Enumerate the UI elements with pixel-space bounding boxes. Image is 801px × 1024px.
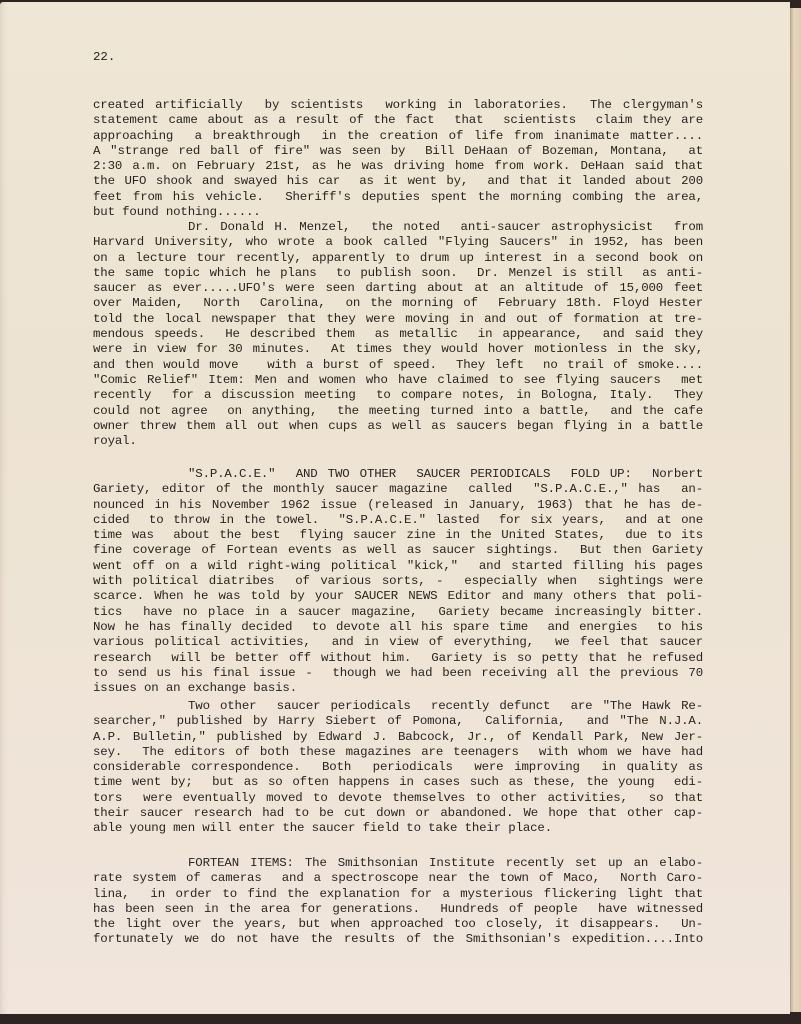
- paragraph-two-other-periodicals: Two other saucer periodicals recently de…: [93, 699, 703, 837]
- paragraph-space-folds: "S.P.A.C.E." AND TWO OTHER SAUCER PERIOD…: [93, 467, 703, 696]
- text-line: considerable correspondence. Both period…: [93, 760, 703, 775]
- text-line: A "strange red ball of fire" was seen by…: [93, 144, 703, 159]
- text-line: rate system of cameras and a spectroscop…: [93, 871, 703, 886]
- text-line: with political diatribes of various sort…: [93, 574, 703, 589]
- text-line: searcher," published by Harry Siebert of…: [93, 714, 703, 729]
- page-number: 22.: [93, 50, 115, 64]
- text-line: were in view for 30 minutes. At times th…: [93, 342, 703, 357]
- text-line: A.P. Bulletin," published by Edward J. B…: [93, 730, 703, 745]
- section-heading-line: FORTEAN ITEMS: The Smithsonian Institute…: [93, 856, 703, 871]
- text-line: could not agree on anything, the meeting…: [93, 404, 703, 419]
- text-line: tors were eventually moved to devote the…: [93, 791, 703, 806]
- text-line: told the local newspaper that they were …: [93, 312, 703, 327]
- text-line: nounced in his November 1962 issue (rele…: [93, 498, 703, 513]
- text-line: lina, in order to find the explanation f…: [93, 887, 703, 902]
- text-line: on a lecture tour recently, apparently t…: [93, 251, 703, 266]
- scanned-page-view: 22. created artificially by scientists w…: [0, 0, 801, 1024]
- text-line: to send us his final issue - though we h…: [93, 666, 703, 681]
- text-line: research will be better off without him.…: [93, 651, 703, 666]
- text-line: issues on an exchange basis.: [93, 681, 703, 696]
- text-line: various political activities, and in vie…: [93, 635, 703, 650]
- text-line: and then would move with a burst of spee…: [93, 358, 703, 373]
- text-line: the UFO shook and swayed his car as it w…: [93, 174, 703, 189]
- text-line: statement came about as a result of the …: [93, 113, 703, 128]
- text-line: cided to throw in the towel. "S.P.A.C.E.…: [93, 513, 703, 528]
- text-line: Gariety, editor of the monthly saucer ma…: [93, 482, 703, 497]
- paragraph-menzel: Dr. Donald H. Menzel, the noted anti-sau…: [93, 220, 703, 449]
- text-line: feet from his vehicle. Sheriff's deputie…: [93, 190, 703, 205]
- text-line: Two other saucer periodicals recently de…: [93, 699, 703, 714]
- text-line: sey. The editors of both these magazines…: [93, 745, 703, 760]
- text-line: has been seen in the area for generation…: [93, 902, 703, 917]
- text-line: saucer as ever.....UFO's were seen darti…: [93, 281, 703, 296]
- text-line: time was about the best flying saucer zi…: [93, 528, 703, 543]
- text-line: 2:30 a.m. on February 21st, as he was dr…: [93, 159, 703, 174]
- text-line: created artificially by scientists worki…: [93, 98, 703, 113]
- text-line: mendous speeds. He described them as met…: [93, 327, 703, 342]
- page-stack-edge: [790, 8, 801, 1012]
- text-line: approaching a breakthrough in the creati…: [93, 129, 703, 144]
- paragraph-continuation: created artificially by scientists worki…: [93, 98, 703, 220]
- document-page: 22. created artificially by scientists w…: [0, 2, 790, 1014]
- text-line: able young men will enter the saucer fie…: [93, 821, 703, 836]
- text-line: "Comic Relief" Item: Men and women who h…: [93, 373, 703, 388]
- section-heading-line: "S.P.A.C.E." AND TWO OTHER SAUCER PERIOD…: [93, 467, 703, 482]
- text-line: Dr. Donald H. Menzel, the noted anti-sau…: [93, 220, 703, 235]
- text-line: but found nothing......: [93, 205, 703, 220]
- text-line: the same topic which he plans to publish…: [93, 266, 703, 281]
- text-line: fine coverage of Fortean events as well …: [93, 543, 703, 558]
- text-line: Now he has finally decided to devote all…: [93, 620, 703, 635]
- paragraph-fortean-items: FORTEAN ITEMS: The Smithsonian Institute…: [93, 856, 703, 948]
- text-line: time went by; but as so often happens in…: [93, 775, 703, 790]
- text-line: fortunately we do not have the results o…: [93, 932, 703, 947]
- text-line: went off on a wild right-wing political …: [93, 559, 703, 574]
- text-line: royal.: [93, 434, 703, 449]
- text-line: scarce. When he was told by your SAUCER …: [93, 589, 703, 604]
- text-line: tics have no place in a saucer magazine,…: [93, 605, 703, 620]
- text-line: owner threw them all out when cups as we…: [93, 419, 703, 434]
- text-line: their saucer research had to be cut down…: [93, 806, 703, 821]
- text-line: Harvard University, who wrote a book cal…: [93, 235, 703, 250]
- text-line: the light over the years, but when appro…: [93, 917, 703, 932]
- text-line: recently for a discussion meeting to com…: [93, 388, 703, 403]
- text-line: over Maiden, North Carolina, on the morn…: [93, 296, 703, 311]
